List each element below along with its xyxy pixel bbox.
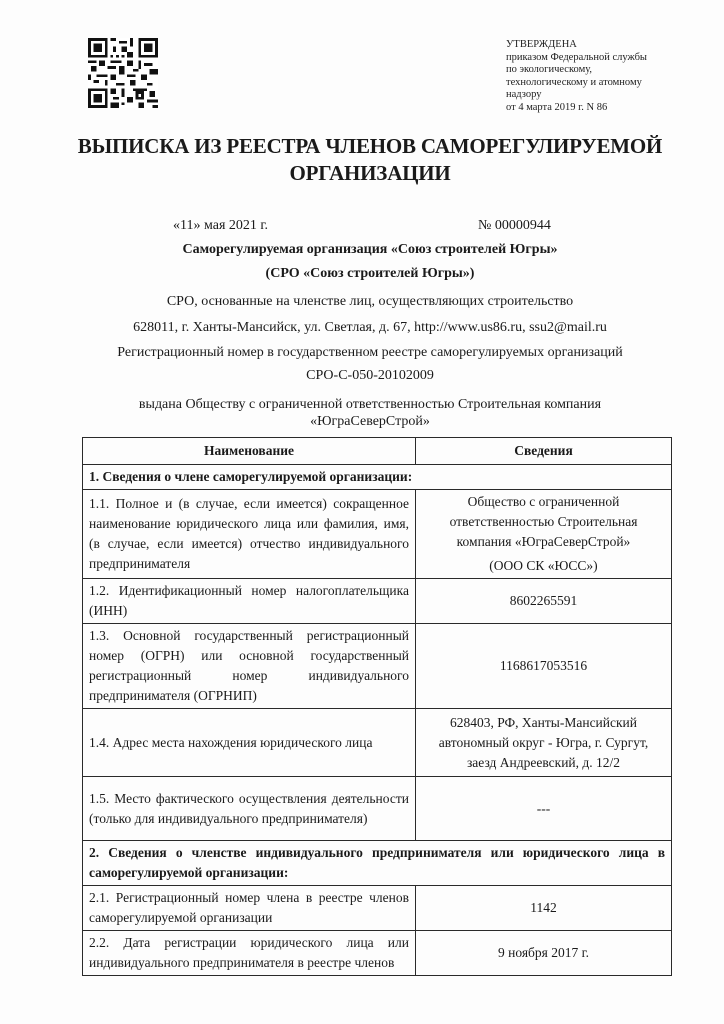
short-name-value: (ООО СК «ЮСС»): [422, 556, 665, 576]
address-value: 628403, РФ, Ханты-Мансийский автономный …: [416, 709, 672, 777]
section-row: 2. Сведения о членстве индивидуального п…: [83, 841, 672, 886]
registry-table: Наименование Сведения 1. Сведения о член…: [82, 437, 672, 976]
title-line-1: ВЫПИСКА ИЗ РЕЕСТРА ЧЛЕНОВ САМОРЕГУЛИРУЕМ…: [60, 133, 680, 160]
approval-line: приказом Федеральной службы: [506, 52, 696, 65]
org-address: 628011, г. Ханты-Мансийск, ул. Светлая, …: [60, 320, 680, 336]
table-row: 1.4. Адрес места нахождения юридического…: [83, 709, 672, 777]
column-header-name: Наименование: [83, 438, 416, 465]
row-label: 2.1. Регистрационный номер члена в реест…: [83, 886, 416, 931]
qr-code-icon: [88, 38, 158, 108]
row-label: 1.5. Место фактического осуществления де…: [83, 777, 416, 841]
table-row: 2.2. Дата регистрации юридического лица …: [83, 931, 672, 976]
issued-to-line-2: «ЮграСеверСтрой»: [60, 414, 680, 430]
row-label: 1.4. Адрес места нахождения юридического…: [83, 709, 416, 777]
ogrn-value: 1168617053516: [416, 624, 672, 709]
column-header-info: Сведения: [416, 438, 672, 465]
approval-line: УТВЕРЖДЕНА: [506, 39, 696, 52]
document-number: № 00000944: [478, 218, 551, 234]
full-name-value: Общество с ограниченной ответственностью…: [422, 492, 665, 552]
table-row: 2.1. Регистрационный номер члена в реест…: [83, 886, 672, 931]
inn-value: 8602265591: [416, 579, 672, 624]
org-reg-number: СРО-С-050-20102009: [60, 368, 680, 384]
table-row: 1.1. Полное и (в случае, если имеется) с…: [83, 490, 672, 579]
registration-date-value: 9 ноября 2017 г.: [416, 931, 672, 976]
row-value: Общество с ограниченной ответственностью…: [416, 490, 672, 579]
approval-line: надзору: [506, 89, 696, 102]
table-row: 1.2. Идентификационный номер налогоплате…: [83, 579, 672, 624]
row-label: 1.3. Основной государственный регистраци…: [83, 624, 416, 709]
org-name: Саморегулируемая организация «Союз строи…: [60, 242, 680, 258]
member-reg-number-value: 1142: [416, 886, 672, 931]
row-label: 1.2. Идентификационный номер налогоплате…: [83, 579, 416, 624]
issued-to-line-1: выдана Обществу с ограниченной ответстве…: [60, 397, 680, 413]
table-row: 1.5. Место фактического осуществления де…: [83, 777, 672, 841]
section-2-heading: 2. Сведения о членстве индивидуального п…: [83, 841, 672, 886]
org-short-name: (СРО «Союз строителей Югры»): [60, 266, 680, 282]
table-row: 1.3. Основной государственный регистраци…: [83, 624, 672, 709]
approval-line: технологическому и атомному: [506, 77, 696, 90]
approval-stamp-text: УТВЕРЖДЕНА приказом Федеральной службы п…: [506, 39, 696, 114]
approval-line: по экологическому,: [506, 64, 696, 77]
approval-line: от 4 марта 2019 г. N 86: [506, 102, 696, 115]
actual-place-value: ---: [416, 777, 672, 841]
org-type: СРО, основанные на членстве лиц, осущест…: [60, 294, 680, 310]
issue-date: «11» мая 2021 г.: [173, 218, 268, 234]
document-title: ВЫПИСКА ИЗ РЕЕСТРА ЧЛЕНОВ САМОРЕГУЛИРУЕМ…: [60, 133, 680, 187]
section-row: 1. Сведения о члене саморегулируемой орг…: [83, 465, 672, 490]
title-line-2: ОРГАНИЗАЦИИ: [60, 160, 680, 187]
table-header-row: Наименование Сведения: [83, 438, 672, 465]
section-1-heading: 1. Сведения о члене саморегулируемой орг…: [83, 465, 672, 490]
row-label: 2.2. Дата регистрации юридического лица …: [83, 931, 416, 976]
org-reg-label: Регистрационный номер в государственном …: [60, 345, 680, 361]
row-label: 1.1. Полное и (в случае, если имеется) с…: [83, 490, 416, 579]
